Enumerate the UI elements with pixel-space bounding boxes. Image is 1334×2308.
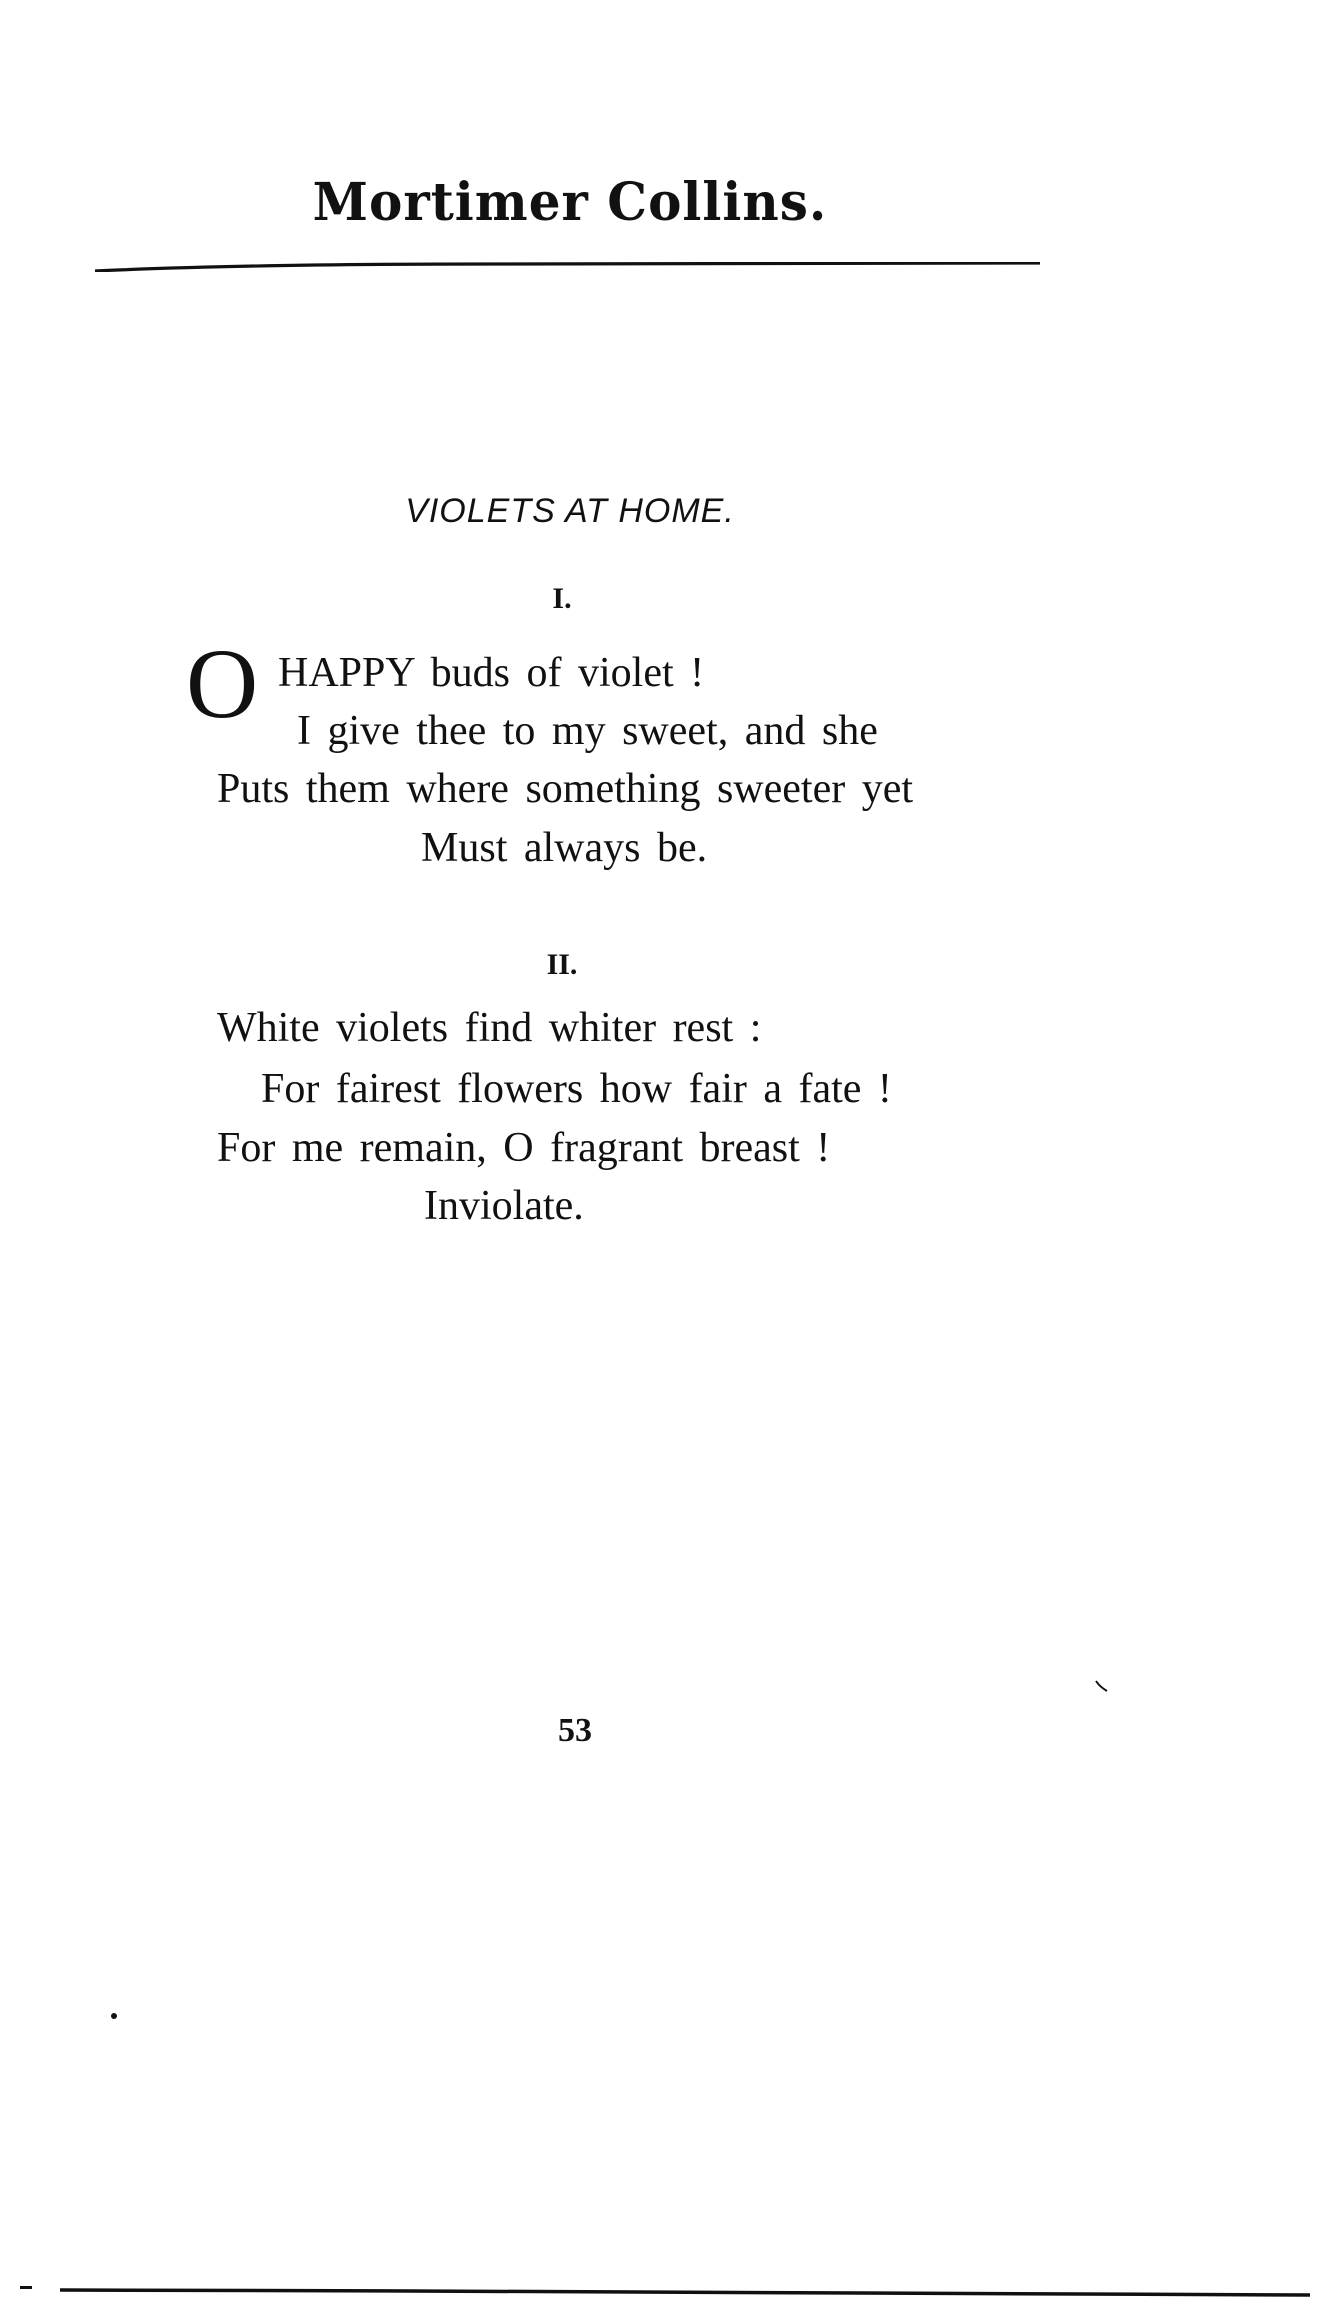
running-head: Mortimer Collins. <box>0 171 1140 233</box>
verse-line: I give thee to my sweet, and she <box>297 710 878 752</box>
verse-line: For me remain, O fragrant breast ! <box>217 1127 830 1169</box>
verse-line: Inviolate. <box>424 1185 584 1227</box>
verse-line: For fairest flowers how fair a fate ! <box>261 1068 892 1110</box>
scan-dash <box>20 2286 32 2289</box>
verse-line: Puts them where something sweeter yet <box>217 768 913 810</box>
poem-title: VIOLETS AT HOME. <box>0 492 1140 531</box>
drop-cap: O <box>186 634 258 734</box>
page-number: 53 <box>530 1712 620 1750</box>
scan-speck <box>1095 1680 1109 1692</box>
stanza-numeral: II. <box>532 948 592 982</box>
header-rule <box>95 262 1040 272</box>
verse-line: White violets find whiter rest : <box>217 1007 761 1049</box>
scan-speck <box>111 2013 117 2019</box>
footer-rule <box>60 2288 1310 2298</box>
stanza-numeral: I. <box>532 582 592 616</box>
verse-line: HAPPY buds of violet ! <box>278 652 704 694</box>
verse-line: Must always be. <box>421 827 707 869</box>
